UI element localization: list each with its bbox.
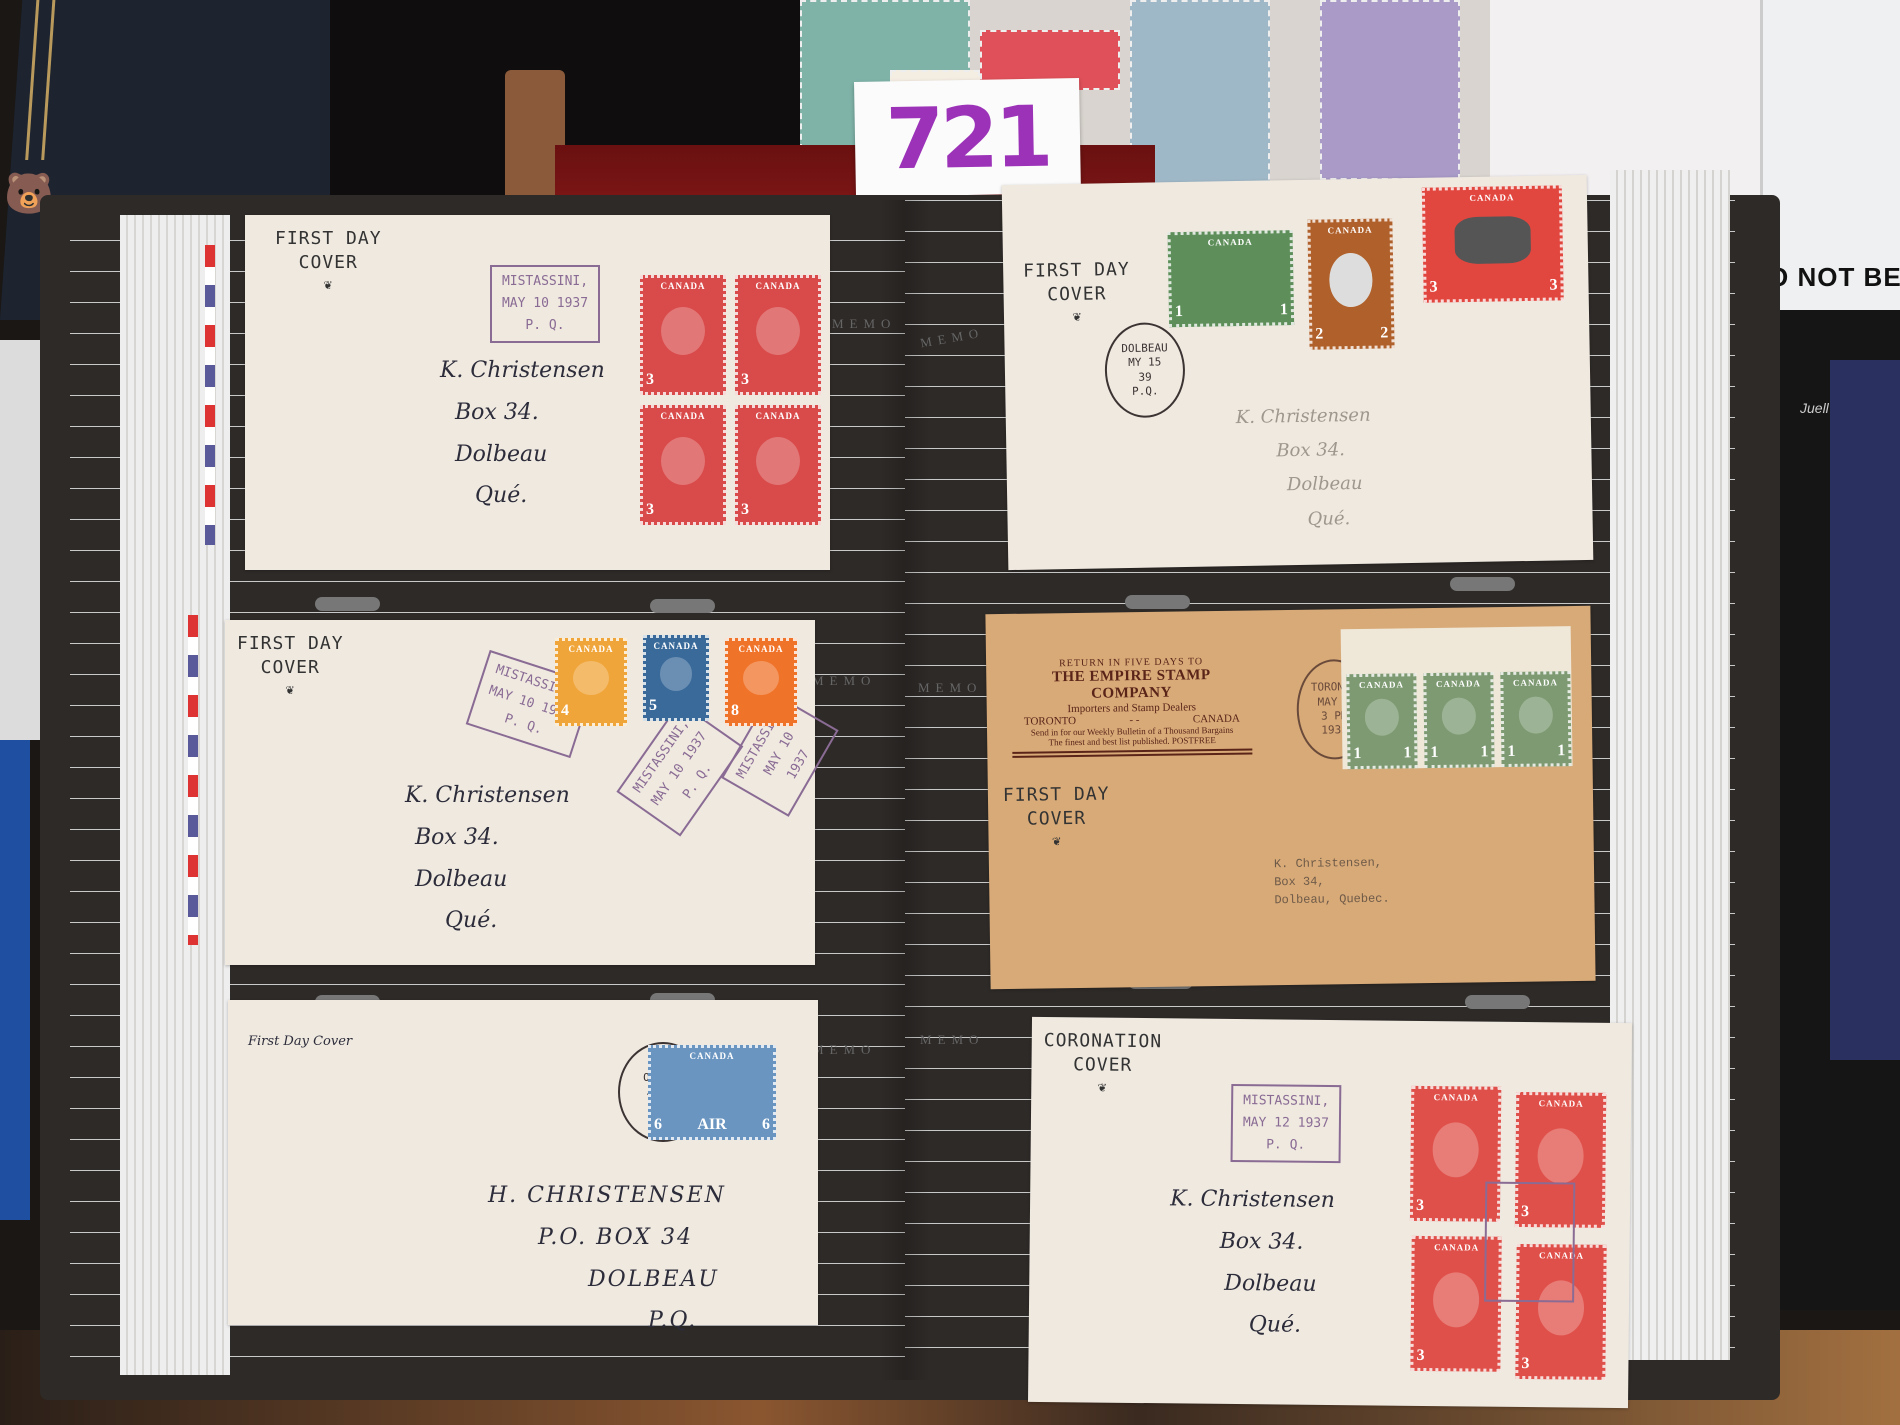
address-line: Box 34, <box>1274 872 1389 892</box>
ornament-icon: ❦ <box>237 681 344 700</box>
stamp-block-purple <box>1320 0 1460 180</box>
address-line: P.O. BOX 34 <box>488 1217 726 1259</box>
address-line: Box 34. <box>440 392 605 434</box>
address-line: Qué. <box>1169 1304 1334 1348</box>
address-line: Dolbeau <box>405 859 570 901</box>
cover-title-line: COVER <box>275 251 382 275</box>
stamp: CANADA8 <box>725 638 797 726</box>
cover-title-line: CORONATION <box>1044 1029 1163 1055</box>
address-line: H. CHRISTENSEN <box>488 1175 726 1217</box>
stamp: CANADA5 <box>643 635 709 721</box>
stamp: CANADA3 <box>735 405 821 525</box>
stamp: CANADA11 <box>1168 230 1295 327</box>
postmark-overprint <box>1484 1182 1575 1303</box>
address-line: K. Christensen <box>1170 1178 1335 1222</box>
stamp: CANADA3 <box>640 275 726 395</box>
address-line: K. Christensen <box>440 350 605 392</box>
postmark: MISTASSINI, MAY 12 1937 P. Q. <box>1231 1084 1342 1163</box>
ornament-icon: ❦ <box>1024 307 1131 328</box>
recipient-address: K. Christensen Box 34. Dolbeau Qué. <box>405 775 570 942</box>
address-line: Box 34. <box>405 817 570 859</box>
cover-title: FIRST DAY COVER ❦ <box>237 632 344 699</box>
ornament-icon: ❦ <box>275 276 382 295</box>
album-brand-label: Juell <box>1800 400 1829 416</box>
background-blue-object <box>0 740 30 1220</box>
stamp: CANADA11 <box>1500 671 1571 767</box>
stamp: CANADA11 <box>1346 673 1417 769</box>
first-day-cover[interactable]: FIRST DAY COVER ❦ MISTASSINI, MAY 10 193… <box>225 620 815 965</box>
stamp: CANADA3 <box>640 405 726 525</box>
airmail-envelope-edge <box>188 615 198 945</box>
address-line: Box 34. <box>1236 433 1371 470</box>
address-line: Dolbeau <box>1237 467 1372 504</box>
memo-label: MEMO <box>920 1032 984 1048</box>
stamp: CANADA11 <box>1423 672 1494 768</box>
first-day-cover[interactable]: FIRST DAY COVER ❦ MISTASSINI, MAY 10 193… <box>245 215 830 570</box>
address-line: P.Q. <box>488 1300 726 1342</box>
ornament-icon: ❦ <box>1043 1078 1162 1098</box>
recipient-address: K. Christensen Box 34. Dolbeau Qué. <box>1235 399 1372 538</box>
ornament-icon: ❦ <box>1003 831 1110 851</box>
cover-title-line: FIRST DAY <box>1023 258 1130 284</box>
gold-stripe <box>41 0 55 160</box>
address-line: K. Christensen <box>1235 399 1370 436</box>
address-line: Dolbeau, Quebec. <box>1274 890 1389 910</box>
cover-title: FIRST DAY COVER ❦ <box>275 227 382 294</box>
postmark-line: MAY 12 1937 <box>1241 1112 1331 1135</box>
stamp: CANADA4 <box>555 638 627 726</box>
warning-sign-text: O NOT BE <box>1768 262 1900 293</box>
cover-title: CORONATION COVER ❦ <box>1043 1029 1162 1098</box>
postmark-line: MISTASSINI, <box>500 271 590 293</box>
first-day-cover[interactable]: FIRST DAY COVER ❦ DOLBEAU MY 15 39 P.Q. … <box>1002 175 1594 570</box>
cover-title-line: COVER <box>1023 282 1130 308</box>
recipient-address: K. Christensen Box 34. Dolbeau Qué. <box>1169 1178 1336 1347</box>
postmark: MISTASSINI, MAY 10 1937 P. Q. <box>490 265 600 343</box>
postmark-circle: DOLBEAU MY 15 39 P.Q. <box>1104 322 1186 418</box>
postmark-line: P. Q. <box>500 315 590 337</box>
address-line: Qué. <box>405 900 570 942</box>
stamp: CANADA3 <box>735 275 821 395</box>
memo-label: MEMO <box>832 316 896 332</box>
address-line: Qué. <box>1237 501 1372 538</box>
cover-title-line: FIRST DAY <box>275 227 382 251</box>
address-line: Dolbeau <box>440 434 605 476</box>
cover-title-line: COVER <box>1043 1053 1162 1079</box>
cover-title: FIRST DAY COVER ❦ <box>1023 258 1131 327</box>
postmark-line: P. Q. <box>1241 1134 1331 1157</box>
return-address-block: RETURN IN FIVE DAYS TO THE EMPIRE STAMP … <box>1011 656 1252 758</box>
stamp: CANADA22 <box>1307 218 1394 349</box>
address-line: K. Christensen, <box>1274 854 1389 874</box>
address-line: K. Christensen <box>405 775 570 817</box>
cover-title-line: FIRST DAY <box>237 632 344 656</box>
cover-title-line: FIRST DAY <box>1003 783 1110 809</box>
address-line: DOLBEAU <box>488 1259 726 1301</box>
sleeve-slot <box>1125 595 1190 609</box>
recipient-address: H. CHRISTENSEN P.O. BOX 34 DOLBEAU P.Q. <box>488 1175 726 1342</box>
sleeve-slot <box>1450 577 1515 591</box>
recipient-address: K. Christensen Box 34. Dolbeau Qué. <box>440 350 605 517</box>
background-white-object <box>0 340 45 740</box>
memo-label: MEMO <box>812 1042 876 1058</box>
coronation-cover[interactable]: CORONATION COVER ❦ MISTASSINI, MAY 12 19… <box>1028 1017 1632 1408</box>
stamp: CANADA33 <box>1422 185 1564 302</box>
cover-title: FIRST DAY COVER ❦ <box>1003 783 1110 852</box>
airmail-envelope-edge <box>205 245 215 545</box>
cover-title-line: COVER <box>237 656 344 680</box>
memo-label: MEMO <box>812 673 876 689</box>
sleeve-slot <box>1465 995 1530 1009</box>
sleeve-slot <box>650 599 715 613</box>
typed-address: K. Christensen, Box 34, Dolbeau, Quebec. <box>1274 854 1390 910</box>
address-line: Dolbeau <box>1169 1262 1334 1306</box>
address-line: Qué. <box>440 475 605 517</box>
empire-stamp-company-cover[interactable]: RETURN IN FIVE DAYS TO THE EMPIRE STAMP … <box>985 606 1595 989</box>
cover-title-line: COVER <box>1003 807 1110 833</box>
cover-title: First Day Cover <box>248 1030 352 1055</box>
address-line: Box 34. <box>1169 1220 1334 1264</box>
sleeve-slot <box>315 597 380 611</box>
postmark-line: MAY 10 1937 <box>500 293 590 315</box>
memo-label: MEMO <box>918 680 982 696</box>
air-mail-stamp: CANADA6AIR6 <box>648 1045 776 1140</box>
gold-stripe <box>25 0 39 160</box>
first-day-cover[interactable]: First Day Cover OTTAWA JL 15 ONT. CANADA… <box>228 1000 818 1325</box>
postmark-line: MISTASSINI, <box>1241 1090 1331 1113</box>
flag-pattern-album <box>1830 360 1900 1060</box>
album-spine <box>880 200 930 1380</box>
